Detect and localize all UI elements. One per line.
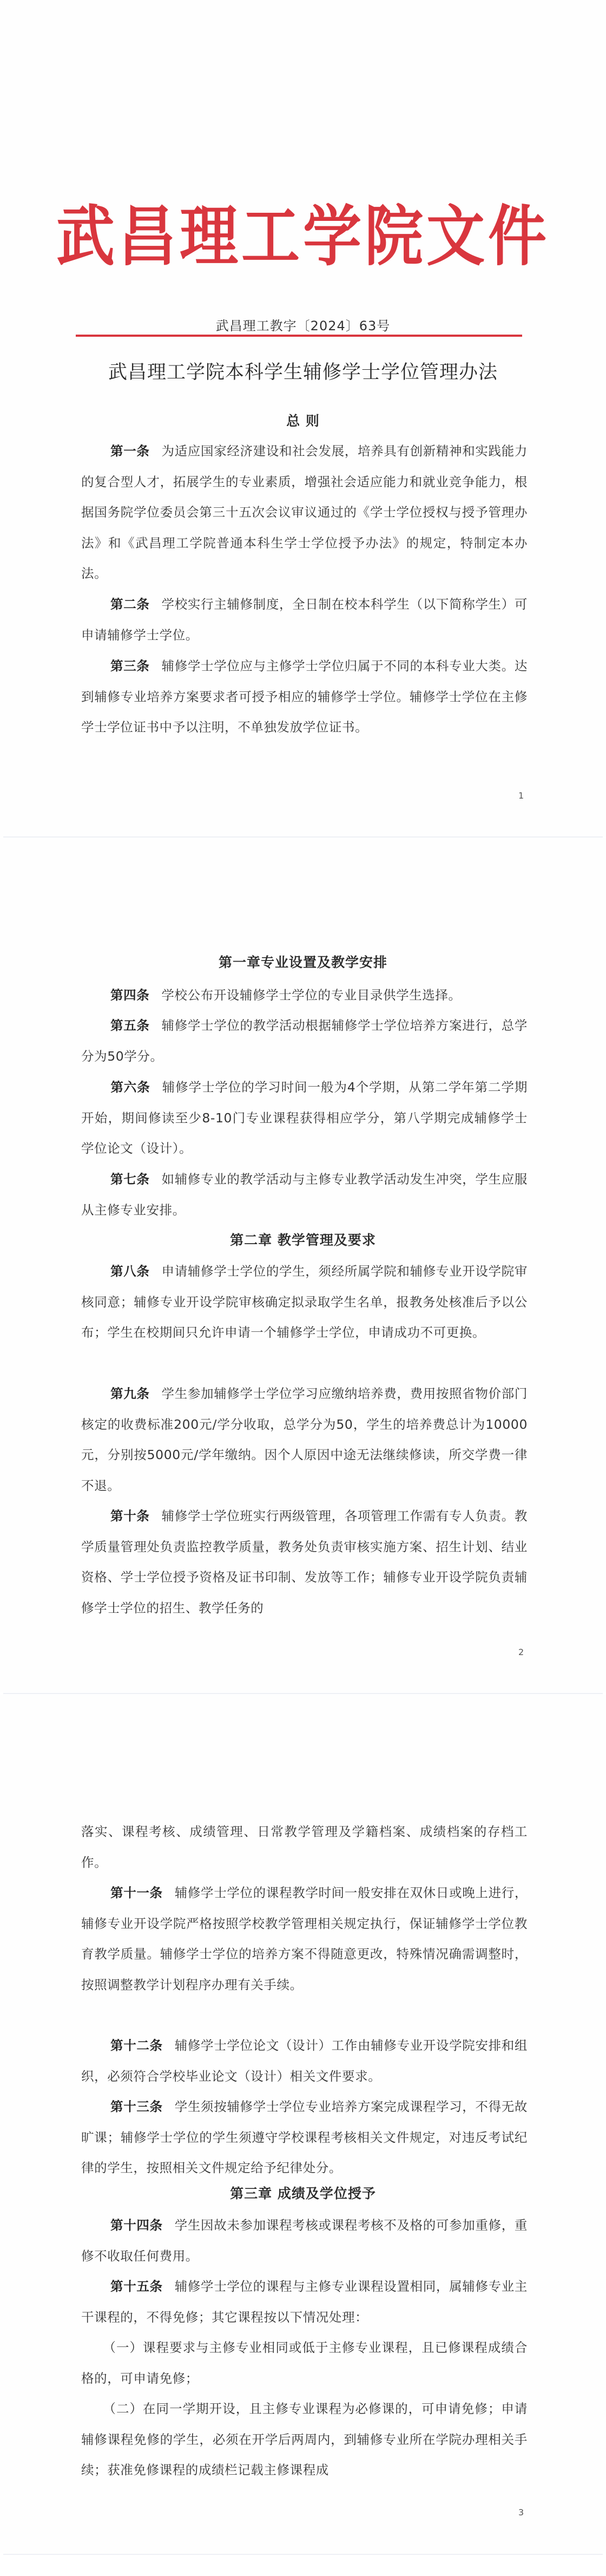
page-break [3,836,603,838]
article-3: 第三条辅修学士学位应与主修学士学位归属于不同的本科专业大类。达到辅修专业培养方案… [81,651,528,743]
page-2: 第一章专业设置及教学安排 第四条学校公布开设辅修学士学位的专业目录供学生选择。 … [0,838,606,1692]
page-number: 3 [518,2507,524,2518]
page-break [3,1693,603,1694]
chapter-2-heading: 第二章 教学管理及要求 [0,1230,606,1249]
page-1: 武昌理工学院文件 武昌理工教字〔2024〕63号 武昌理工学院本科学生辅修学士学… [0,0,606,837]
article-10-continued: 落实、课程考核、成绩管理、日常教学管理及学籍档案、成绩档案的存档工作。 [81,1816,528,1878]
article-label: 第一条 [110,443,150,459]
article-label: 第六条 [110,1080,150,1095]
article-text: 辅修学士学位的课程教学时间一般安排在双休日或晚上进行，辅修专业开设学院严格按照学… [81,1885,528,1992]
article-1: 第一条为适应国家经济建设和社会发展，培养具有创新精神和实践能力的复合型人才，拓展… [81,436,528,589]
article-label: 第十四条 [110,2218,163,2233]
article-2: 第二条学校实行主辅修制度，全日制在校本科学生（以下简称学生）可申请辅修学士学位。 [81,589,528,650]
article-label: 第十五条 [110,2279,163,2294]
document-title: 武昌理工学院本科学生辅修学士学位管理办法 [0,357,606,384]
page-number: 2 [518,1647,524,1657]
article-13: 第十三条学生须按辅修学士学位专业培养方案完成课程学习，不得无故旷课；辅修学士学位… [81,2091,528,2183]
article-label: 第五条 [110,1018,150,1033]
page-number: 1 [518,790,524,801]
article-label: 第十三条 [110,2099,163,2114]
article-11: 第十一条辅修学士学位的课程教学时间一般安排在双休日或晚上进行，辅修专业开设学院严… [81,1878,528,2000]
article-label: 第十一条 [110,1885,163,1900]
article-text: （一）课程要求与主修专业相同或低于主修专业课程，且已修课程成绩合格的，可申请免修… [81,2340,528,2386]
article-text: 落实、课程考核、成绩管理、日常教学管理及学籍档案、成绩档案的存档工作。 [81,1824,528,1870]
section-heading-general: 总 则 [0,410,606,430]
article-text: 为适应国家经济建设和社会发展，培养具有创新精神和实践能力的复合型人才，拓展学生的… [81,443,528,581]
article-label: 第四条 [110,988,149,1003]
article-7: 第七条如辅修专业的教学活动与主修专业教学活动发生冲突，学生应服从主修专业安排。 [81,1164,528,1225]
article-5: 第五条辅修学士学位的教学活动根据辅修学士学位培养方案进行，总学分为50学分。 [81,1010,528,1071]
chapter-1-heading: 第一章专业设置及教学安排 [0,952,606,971]
article-label: 第八条 [110,1264,150,1279]
article-4: 第四条学校公布开设辅修学士学位的专业目录供学生选择。 [81,980,528,1011]
article-9: 第九条学生参加辅修学士学位学习应缴纳培养费，费用按照省物价部门核定的收费标准20… [81,1378,528,1501]
article-label: 第九条 [110,1386,150,1401]
letterhead-title: 武昌理工学院文件 [0,197,606,276]
article-15-item-2: （二）在同一学期开设，且主修专业课程为必修课的，可申请免修；申请辅修课程免修的学… [81,2394,528,2486]
letterhead-red-rule [76,335,522,337]
article-text: 学校公布开设辅修学士学位的专业目录供学生选择。 [161,988,461,1003]
article-8: 第八条申请辅修学士学位的学生，须经所属学院和辅修专业开设学院审核同意；辅修专业开… [81,1256,528,1348]
article-text: （二）在同一学期开设，且主修专业课程为必修课的，可申请免修；申请辅修课程免修的学… [81,2401,528,2477]
article-15-item-1: （一）课程要求与主修专业相同或低于主修专业课程，且已修课程成绩合格的，可申请免修… [81,2332,528,2394]
article-text: 辅修学士学位班实行两级管理，各项管理工作需有专人负责。教学质量管理处负责监控教学… [81,1508,528,1616]
page-break [3,2554,603,2555]
document-number: 武昌理工教字〔2024〕63号 [0,315,606,334]
article-label: 第三条 [110,658,150,674]
article-label: 第二条 [110,597,150,612]
article-10: 第十条辅修学士学位班实行两级管理，各项管理工作需有专人负责。教学质量管理处负责监… [81,1501,528,1623]
article-label: 第七条 [110,1172,150,1187]
chapter-3-heading: 第三章 成绩及学位授予 [0,2183,606,2202]
article-6: 第六条辅修学士学位的学习时间一般为4个学期，从第二学年第二学期开始，期间修读至少… [81,1072,528,1164]
article-15: 第十五条辅修学士学位的课程与主修专业课程设置相同，属辅修专业主干课程的，不得免修… [81,2271,528,2332]
article-label: 第十条 [110,1508,150,1524]
page-3: 落实、课程考核、成绩管理、日常教学管理及学籍档案、成绩档案的存档工作。 第十一条… [0,1695,606,2553]
article-12: 第十二条辅修学士学位论文（设计）工作由辅修专业开设学院安排和组织，必须符合学校毕… [81,2030,528,2091]
article-14: 第十四条学生因故未参加课程考核或课程考核不及格的可参加重修，重修不收取任何费用。 [81,2210,528,2271]
article-text: 学生参加辅修学士学位学习应缴纳培养费，费用按照省物价部门核定的收费标准200元/… [81,1386,528,1493]
article-label: 第十二条 [110,2038,163,2053]
